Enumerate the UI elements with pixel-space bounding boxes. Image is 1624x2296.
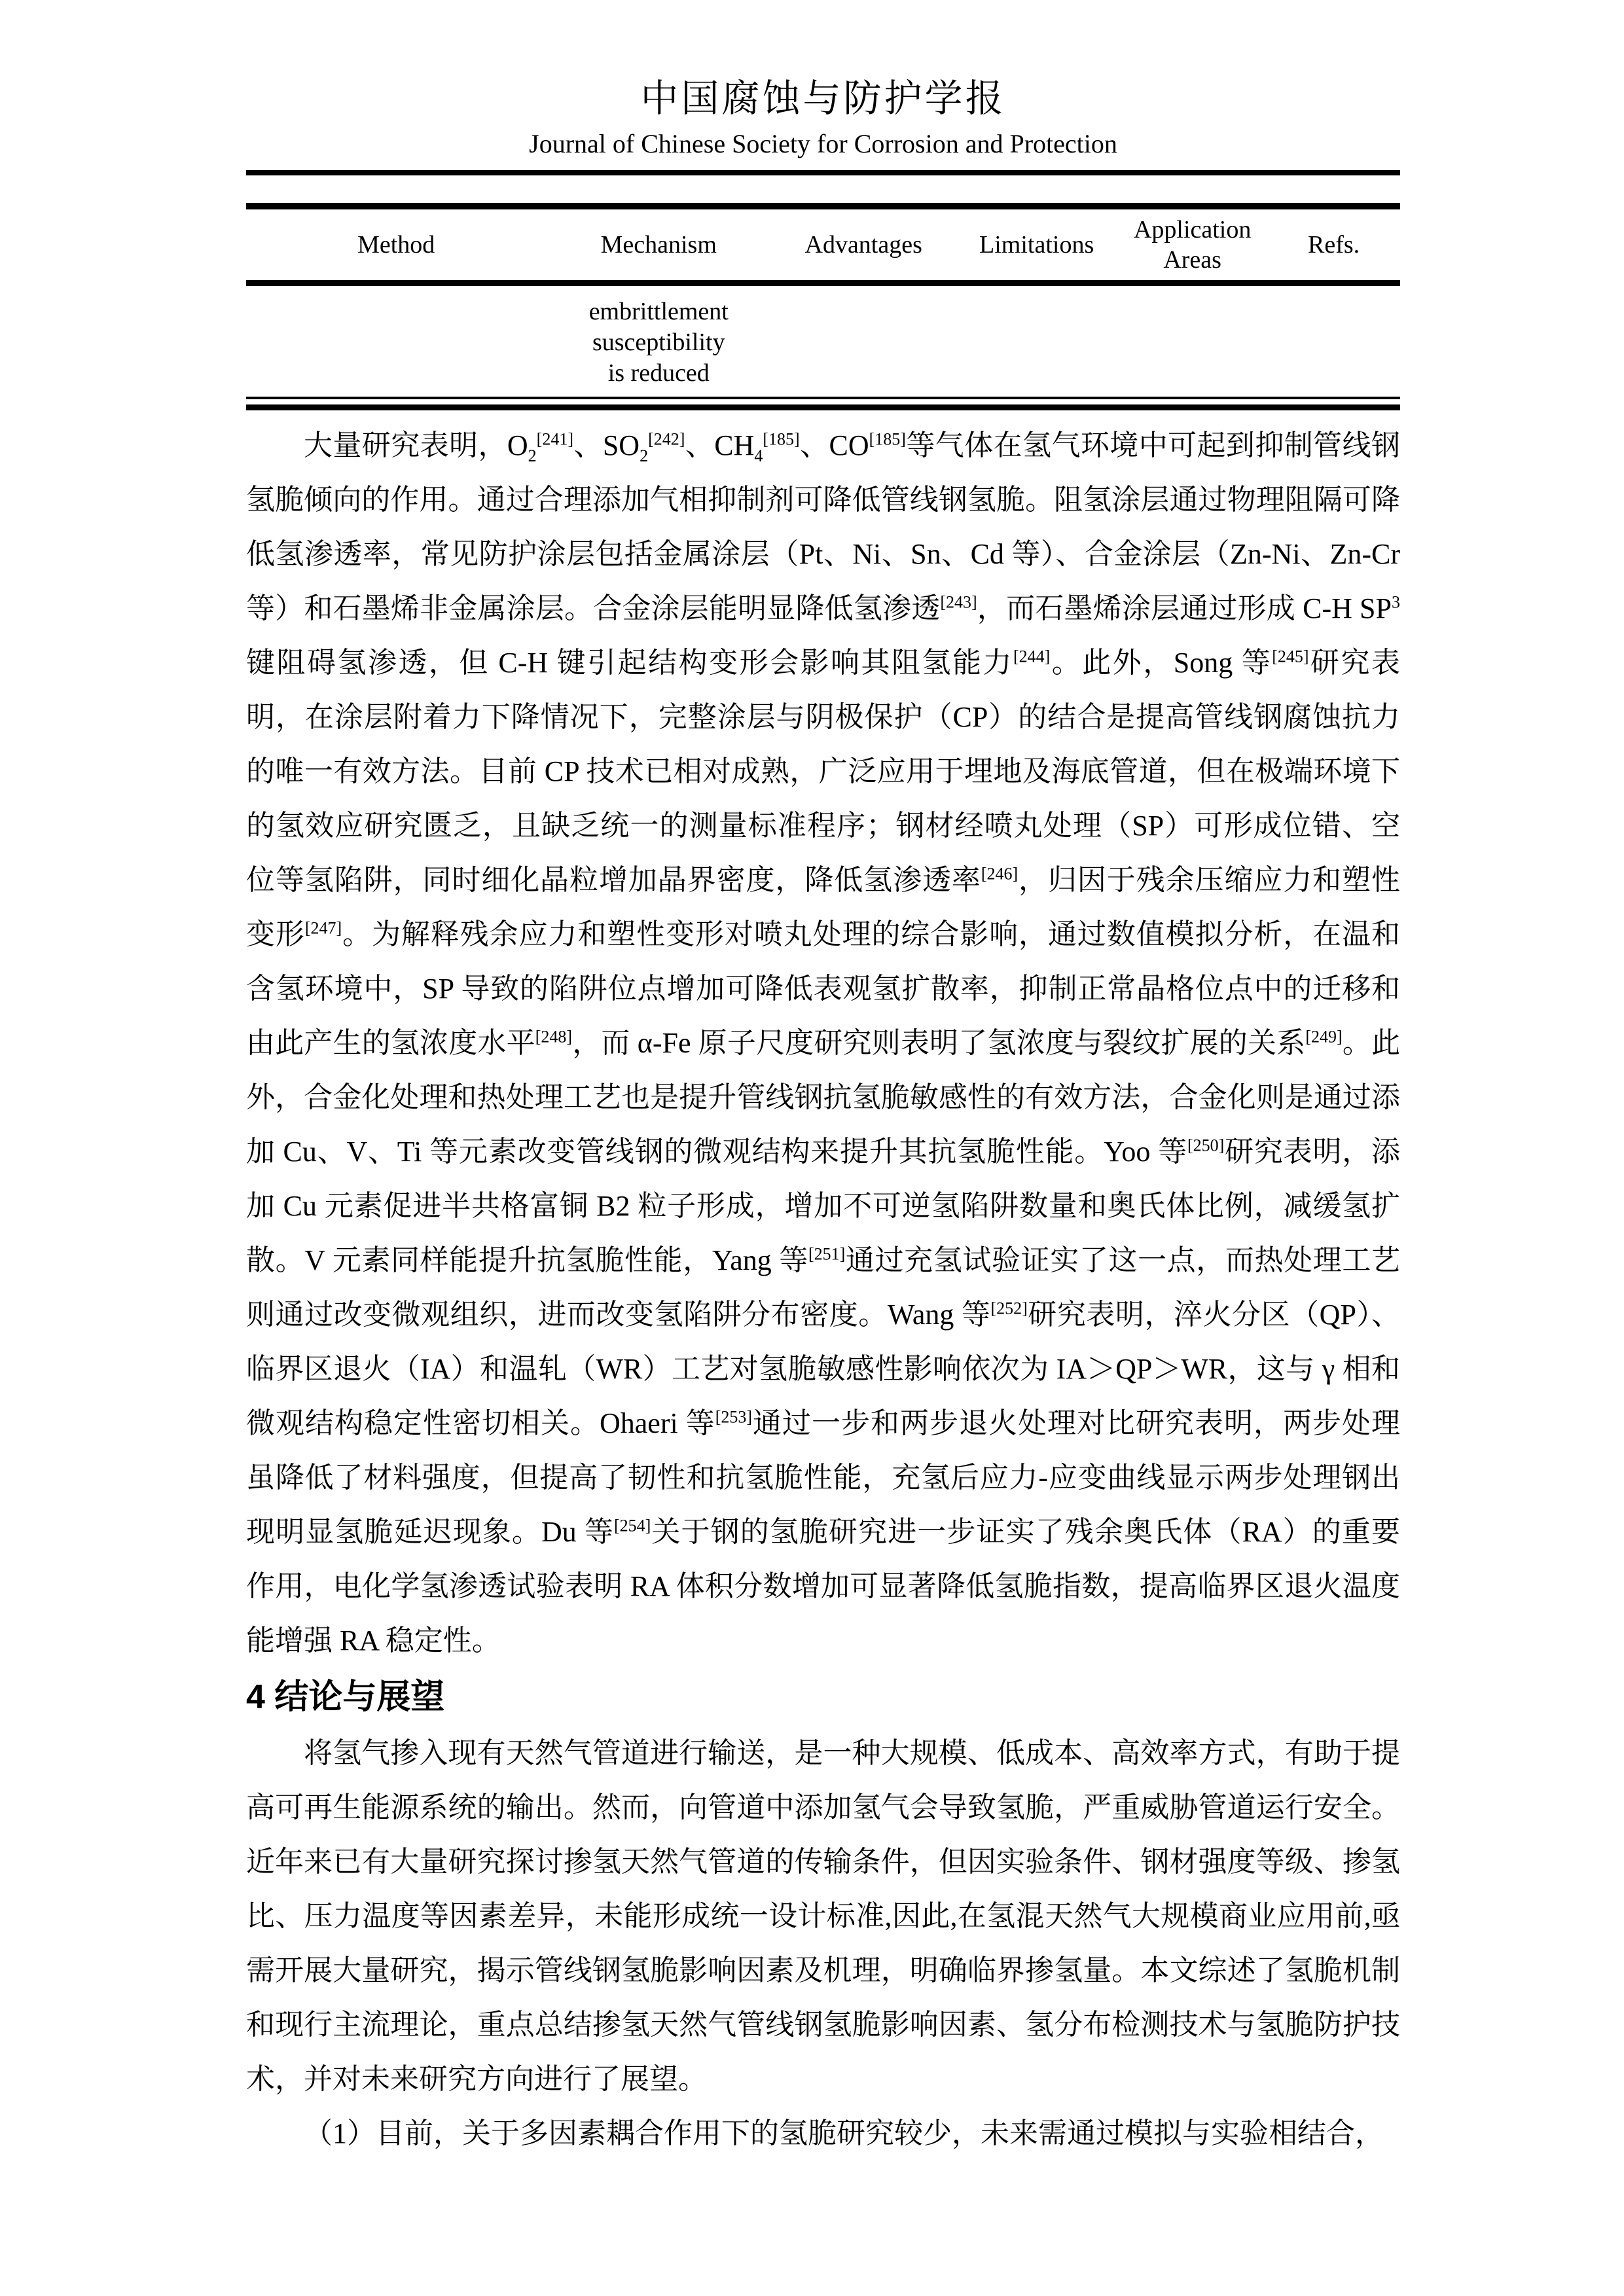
col-header-application-areas: Application Areas (1117, 206, 1267, 283)
cell-refs-empty (1267, 283, 1400, 399)
cell-mechanism-continued: embrittlement susceptibility is reduced (546, 283, 771, 399)
col-header-method: Method (246, 206, 546, 283)
paragraph-conclusion-summary: 将氢气掺入现有天然气管道进行输送，是一种大规模、低成本、高效率方式，有助于提高可… (246, 1726, 1400, 2106)
mechanism-text-line: is reduced (549, 358, 768, 389)
paragraph-hydrogen-embrittlement-prevention: 大量研究表明，O2[241]、SO2[242]、CH4[185]、CO[185]… (246, 418, 1400, 1668)
cell-application-areas-empty (1117, 283, 1267, 399)
table-bottom-rule (246, 404, 1400, 410)
col-header-advantages: Advantages (771, 206, 956, 283)
col-header-mechanism: Mechanism (546, 206, 771, 283)
col-header-refs: Refs. (1267, 206, 1400, 283)
section-heading-conclusion-outlook: 4 结论与展望 (246, 1670, 1400, 1725)
journal-header: 中国腐蚀与防护学报 Journal of Chinese Society for… (246, 76, 1400, 175)
journal-page: 中国腐蚀与防护学报 Journal of Chinese Society for… (0, 0, 1624, 2296)
journal-title-english: Journal of Chinese Society for Corrosion… (246, 128, 1400, 160)
table-header-row: Method Mechanism Advantages Limitations … (246, 206, 1400, 283)
cell-advantages-empty (771, 283, 956, 399)
journal-title-chinese: 中国腐蚀与防护学报 (246, 76, 1400, 122)
cell-method-empty (246, 283, 546, 399)
mechanism-text-line: embrittlement (549, 296, 768, 327)
col-header-limitations: Limitations (956, 206, 1117, 283)
mechanism-text-line: susceptibility (549, 327, 768, 358)
article-body: 大量研究表明，O2[241]、SO2[242]、CH4[185]、CO[185]… (246, 418, 1400, 2161)
prevention-methods-table: Method Mechanism Advantages Limitations … (246, 203, 1400, 399)
header-divider-rule (246, 170, 1400, 175)
cell-limitations-empty (956, 283, 1117, 399)
table-row-continued: embrittlement susceptibility is reduced (246, 283, 1400, 399)
paragraph-outlook-point-1: （1）目前，关于多因素耦合作用下的氢脆研究较少，未来需通过模拟与实验相结合， (246, 2106, 1400, 2161)
